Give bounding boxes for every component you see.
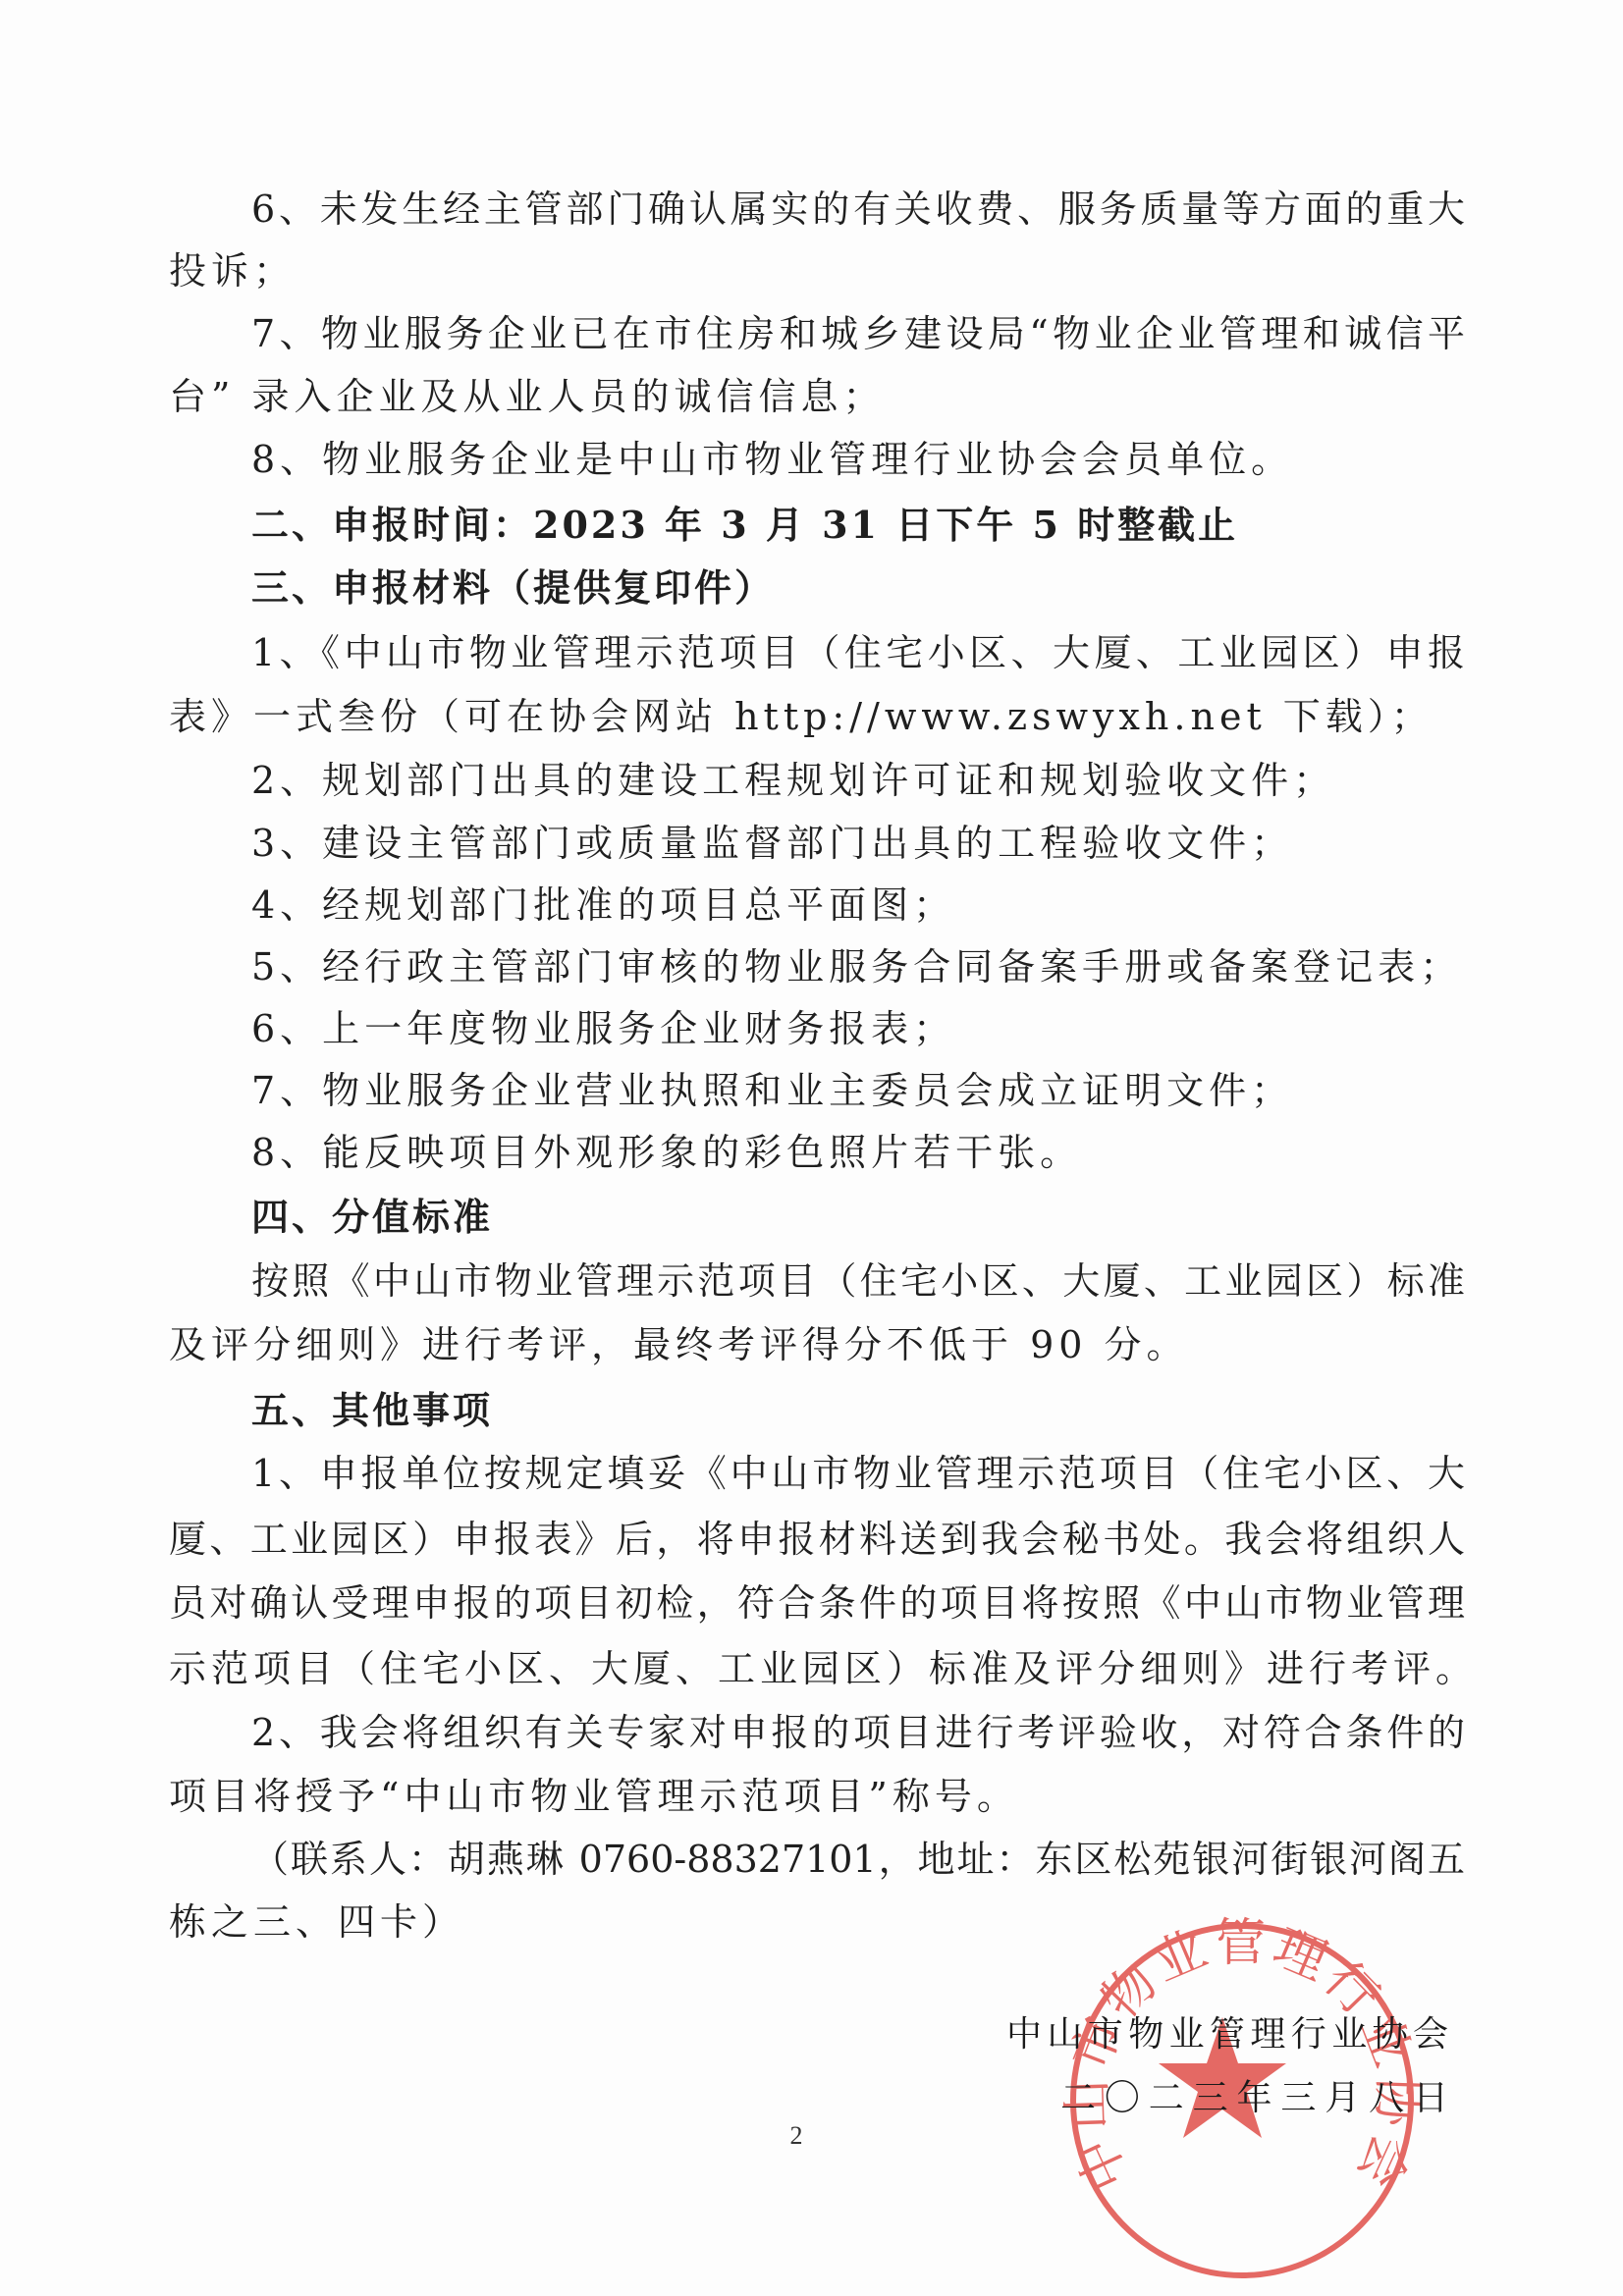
scoring-line2: 及评分细则》进行考评，最终考评得分不低于 90 分。 [169, 1320, 1465, 1369]
material-item-4: 4、经规划部门批准的项目总平面图； [251, 881, 1465, 930]
criteria-item-7-line1: 7、物业服务企业已在市住房和城乡建设局“物业企业管理和诚信平 [251, 309, 1465, 358]
criteria-item-8: 8、物业服务企业是中山市物业管理行业协会会员单位。 [251, 435, 1465, 484]
other-item-1-line4: 示范项目（住宅小区、大厦、工业园区）标准及评分细则》进行考评。 [169, 1644, 1465, 1693]
document-page: 6、未发生经主管部门确认属实的有关收费、服务质量等方面的重大 投诉； 7、物业服… [0, 0, 1623, 2296]
material-item-8: 8、能反映项目外观形象的彩色照片若干张。 [251, 1128, 1465, 1177]
signature-date: 二〇二三年三月八日 [1060, 2074, 1448, 2123]
scoring-line1: 按照《中山市物业管理示范项目（住宅小区、大厦、工业园区）标准 [251, 1256, 1465, 1306]
other-item-1-line2: 厦、工业园区）申报表》后，将申报材料送到我会秘书处。我会将组织人 [169, 1515, 1465, 1564]
page-number: 2 [782, 2118, 811, 2154]
other-item-2-line1: 2、我会将组织有关专家对申报的项目进行考评验收，对符合条件的 [251, 1708, 1465, 1757]
other-item-2-line2: 项目将授予“中山市物业管理示范项目”称号。 [169, 1772, 1465, 1821]
contact-line1: （联系人：胡燕琳 0760-88327101，地址：东区松苑银河街银河阁五 [251, 1835, 1465, 1884]
material-item-2: 2、规划部门出具的建设工程规划许可证和规划验收文件； [251, 756, 1465, 805]
material-item-5: 5、经行政主管部门审核的物业服务合同备案手册或备案登记表； [251, 942, 1465, 991]
criteria-item-7-line2: 台” 录入企业及从业人员的诚信信息； [169, 372, 1465, 421]
other-item-1-line3: 员对确认受理申报的项目初检，符合条件的项目将按照《中山市物业管理 [169, 1578, 1465, 1628]
material-item-1-line1: 1、《中山市物业管理示范项目（住宅小区、大厦、工业园区）申报 [251, 628, 1465, 677]
signature-organization: 中山市物业管理行业协会 [1006, 2010, 1448, 2059]
section-4-heading: 四、分值标准 [251, 1193, 1465, 1242]
criteria-item-6-line1: 6、未发生经主管部门确认属实的有关收费、服务质量等方面的重大 [251, 185, 1465, 234]
section-2-heading: 二、申报时间：2023 年 3 月 31 日下午 5 时整截止 [251, 501, 1465, 550]
section-3-heading: 三、申报材料（提供复印件） [251, 563, 1465, 613]
other-item-1-line1: 1、申报单位按规定填妥《中山市物业管理示范项目（住宅小区、大 [251, 1449, 1465, 1498]
material-item-7: 7、物业服务企业营业执照和业主委员会成立证明文件； [251, 1066, 1465, 1115]
material-item-1-line2: 表》一式叁份（可在协会网站 http://www.zswyxh.net 下载）； [169, 692, 1465, 741]
criteria-item-6-line2: 投诉； [169, 246, 1465, 295]
material-item-6: 6、上一年度物业服务企业财务报表； [251, 1004, 1465, 1053]
material-item-3: 3、建设主管部门或质量监督部门出具的工程验收文件； [251, 819, 1465, 868]
section-5-heading: 五、其他事项 [251, 1386, 1465, 1435]
